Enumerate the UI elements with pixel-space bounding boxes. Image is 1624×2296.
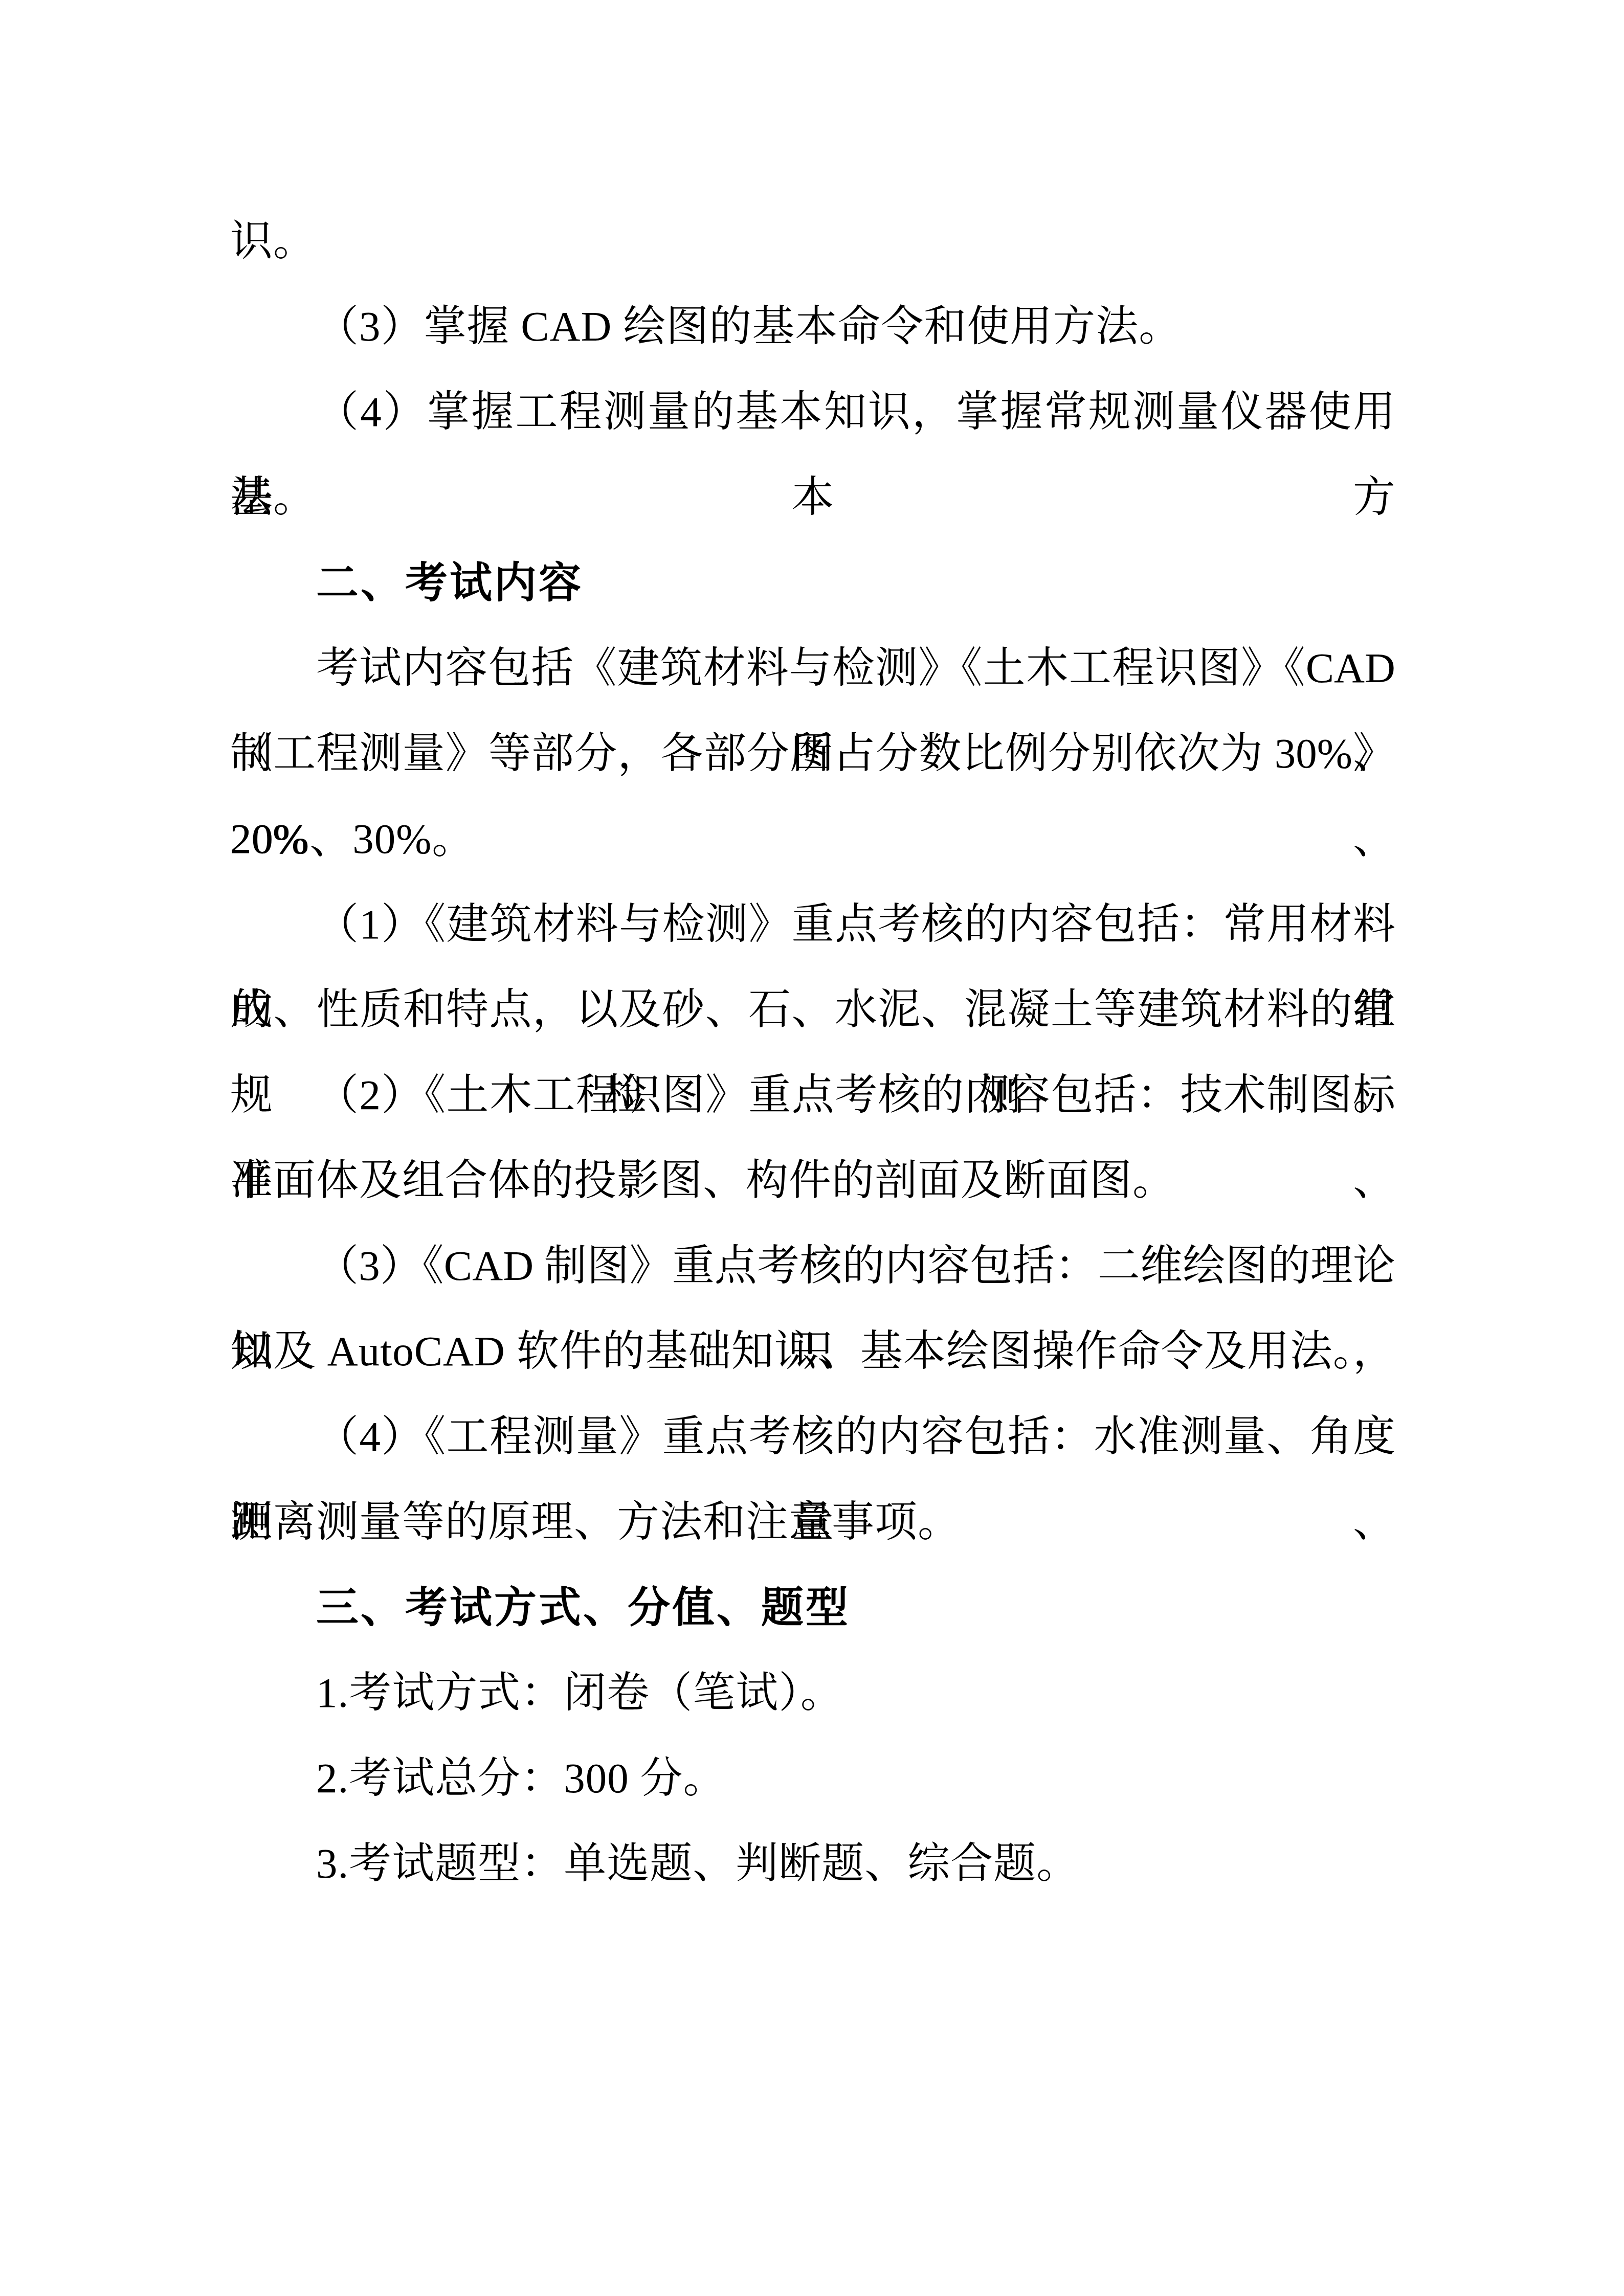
list-item: 2.考试总分：300 分。 — [230, 1736, 1395, 1821]
list-item: 1.考试方式：闭卷（笔试）。 — [230, 1650, 1395, 1736]
paragraph-line: （3）《CAD 制图》重点考核的内容包括：二维绘图的理论知识， — [230, 1223, 1395, 1309]
paragraph-line: 识。 — [230, 198, 1395, 284]
list-item: 3.考试题型：单选题、判断题、综合题。 — [230, 1821, 1395, 1906]
paragraph-line: 以及 AutoCAD 软件的基础知识、基本绘图操作命令及用法。 — [230, 1309, 1395, 1394]
section-heading: 三、考试方式、分值、题型 — [230, 1565, 1395, 1650]
section-heading: 二、考试内容 — [230, 540, 1395, 625]
paragraph-line: 成、性质和特点，以及砂、石、水泥、混凝土等建筑材料的常规检测。 — [230, 967, 1395, 1052]
paragraph-line: （1）《建筑材料与检测》重点考核的内容包括：常用材料的组 — [230, 882, 1395, 967]
paragraph-line: （4）掌握工程测量的基本知识，掌握常规测量仪器使用基本方 — [230, 369, 1395, 455]
document-page: 识。 （3）掌握 CAD 绘图的基本命令和使用方法。 （4）掌握工程测量的基本知… — [0, 0, 1624, 2296]
paragraph-line: （2）《土木工程识图》重点考核的内容包括：技术制图标准、 — [230, 1052, 1395, 1138]
paragraph-line: 考试内容包括《建筑材料与检测》《土木工程识图》《CAD 制图》 — [230, 625, 1395, 711]
document-body: 识。 （3）掌握 CAD 绘图的基本命令和使用方法。 （4）掌握工程测量的基本知… — [230, 198, 1395, 1906]
paragraph-line: （3）掌握 CAD 绘图的基本命令和使用方法。 — [230, 284, 1395, 369]
paragraph-line: （4）《工程测量》重点考核的内容包括：水准测量、角度测量、 — [230, 1394, 1395, 1479]
paragraph-line: 《工程测量》等部分，各部分所占分数比例分别依次为 30%、20%、 — [230, 711, 1395, 796]
